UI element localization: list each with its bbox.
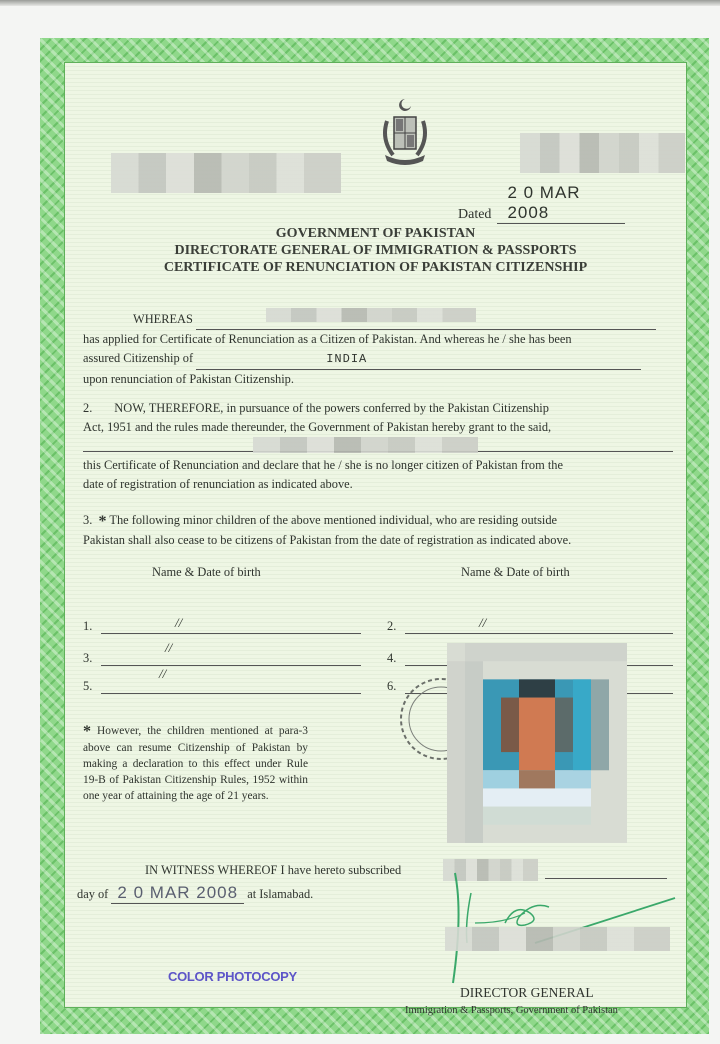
color-photocopy-stamp: COLOR PHOTOCOPY	[168, 969, 297, 984]
dated-label: Dated	[458, 207, 491, 222]
child-entry-5: 5. //	[83, 679, 373, 699]
child-entry-number: 3.	[83, 651, 92, 665]
children-header-left: Name & Date of birth	[152, 565, 261, 580]
children-header-right: Name & Date of birth	[461, 565, 570, 580]
child-entry-number: 4.	[387, 651, 396, 665]
child-entry-line	[101, 679, 361, 694]
redacted-reference	[111, 153, 341, 193]
dated-field: Dated2 0 MAR 2008	[458, 183, 625, 224]
asterisk-icon: *	[99, 513, 107, 530]
day-of-label: day of	[77, 887, 108, 901]
child-entry-date-mark: //	[479, 615, 486, 631]
redacted-number	[520, 133, 685, 173]
witness-text: IN WITNESS WHEREOF I have hereto subscri…	[145, 863, 401, 877]
redacted-signatory-name	[445, 927, 670, 951]
whereas-label: WHEREAS	[133, 312, 193, 326]
certificate-border: Dated2 0 MAR 2008 GOVERNMENT OF PAKISTAN…	[40, 38, 709, 1034]
child-entry-number: 2.	[387, 619, 396, 633]
child-entry-date-mark: //	[165, 640, 172, 656]
redacted-applicant-name	[266, 308, 476, 322]
para2-text1: NOW, THEREFORE, in pursuance of the powe…	[114, 401, 549, 415]
paragraph-3: 3. * The following minor children of the…	[83, 511, 695, 550]
child-entry-number: 1.	[83, 619, 92, 633]
children-note: * However, the children mentioned at par…	[83, 723, 308, 804]
child-entry-date-mark: //	[175, 615, 182, 631]
applicant-photo	[447, 643, 627, 843]
para2-text4: date of registration of renunciation as …	[83, 475, 695, 494]
witness-date-line: day of 2 0 MAR 2008 at Islamabad.	[77, 883, 313, 904]
child-entry-1: 1. //	[83, 619, 373, 639]
paragraph-2: 2.NOW, THEREFORE, in pursuance of the po…	[83, 399, 695, 494]
para2-text2: Act, 1951 and the rules made thereunder,…	[83, 418, 695, 437]
paragraph-1: WHEREAS has applied for Certificate of R…	[83, 310, 695, 389]
para1-text1: has applied for Certificate of Renunciat…	[83, 330, 695, 349]
para3-number: 3.	[83, 513, 92, 527]
witness-date-value: 2 0 MAR 2008	[111, 883, 244, 904]
para3-text2: Pakistan shall also cease to be citizens…	[83, 531, 695, 550]
country-value: INDIA	[326, 352, 367, 366]
asterisk-icon: *	[83, 723, 91, 740]
dated-value: 2 0 MAR 2008	[497, 183, 625, 224]
child-entry-line	[101, 651, 361, 666]
redacted-grantee-name	[253, 437, 478, 453]
child-entry-number: 5.	[83, 679, 92, 693]
heading-government: GOVERNMENT OF PAKISTAN	[65, 225, 686, 242]
para2-number: 2.	[83, 401, 92, 415]
para1-text2: upon renunciation of Pakistan Citizenshi…	[83, 370, 695, 389]
child-entry-line	[101, 619, 361, 634]
witness-line: IN WITNESS WHEREOF I have hereto subscri…	[145, 863, 401, 878]
child-entry-date-mark: //	[159, 666, 166, 682]
child-entry-line	[405, 619, 673, 634]
place-label: at Islamabad.	[247, 887, 313, 901]
para2-text3: this Certificate of Renunciation and dec…	[83, 456, 695, 475]
state-emblem-icon	[375, 97, 435, 169]
assured-label: assured Citizenship of	[83, 351, 193, 365]
scan-edge	[0, 0, 720, 6]
certificate-heading: GOVERNMENT OF PAKISTAN DIRECTORATE GENER…	[65, 225, 686, 276]
country-line: INDIA	[196, 349, 641, 370]
child-entry-3: 3. //	[83, 651, 373, 671]
signatory-subtitle: Immigration & Passports, Government of P…	[405, 1005, 618, 1016]
heading-directorate: DIRECTORATE GENERAL OF IMMIGRATION & PAS…	[65, 242, 686, 259]
note-text: However, the children mentioned at para-…	[83, 725, 308, 802]
heading-certificate-title: CERTIFICATE OF RENUNCIATION OF PAKISTAN …	[65, 259, 686, 276]
para3-text1: The following minor children of the abov…	[109, 513, 557, 527]
applicant-name-line	[196, 310, 656, 330]
signatory-title: DIRECTOR GENERAL	[460, 985, 594, 1001]
child-entry-2: 2. //	[387, 619, 687, 639]
certificate-body: Dated2 0 MAR 2008 GOVERNMENT OF PAKISTAN…	[64, 62, 687, 1008]
